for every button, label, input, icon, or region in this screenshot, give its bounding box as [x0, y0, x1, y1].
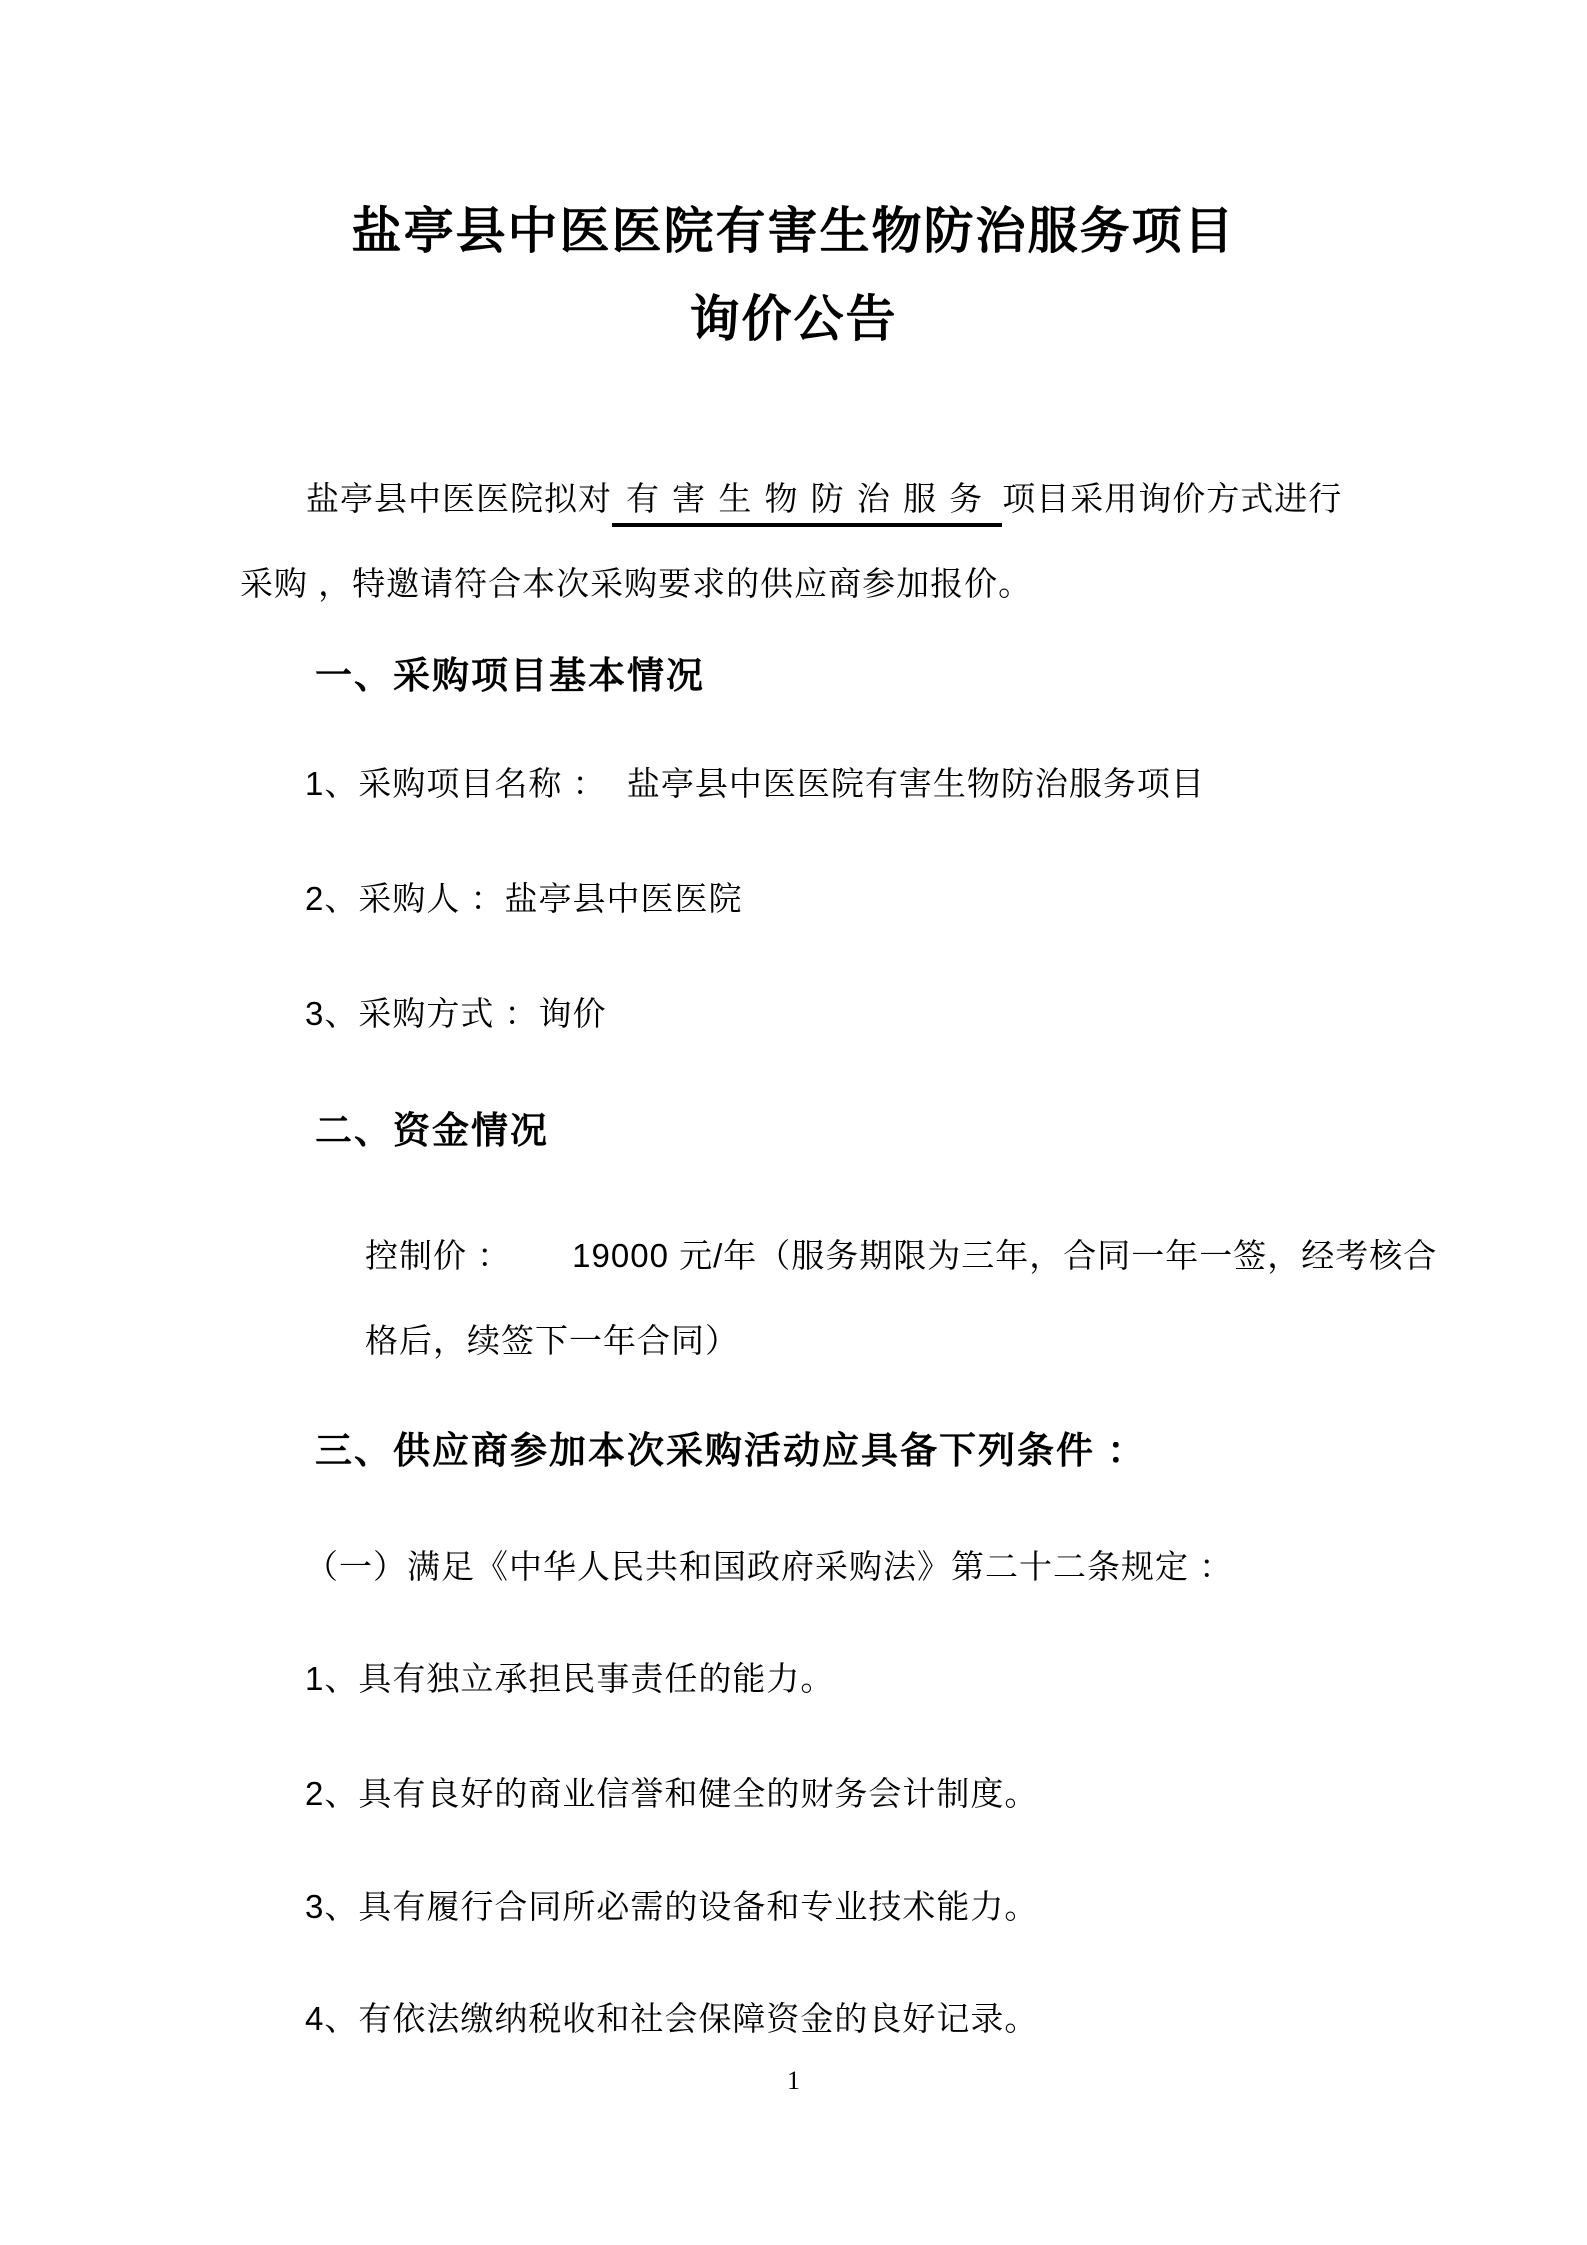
intro-underlined-blank: 有 害 生 物 防 治 服 务	[612, 480, 1002, 527]
section-1-item-method: 3、采购方式 ：询价	[305, 995, 607, 1033]
control-price-line-2: 格后，续签下一年合同）	[365, 1322, 739, 1360]
control-price-line-1: 控制价 ： 19000 元/年（服务期限为三年，合同一年一签，经考核合	[365, 1237, 1437, 1275]
section-3-heading: 三、供应商参加本次采购活动应具备下列条件 ：	[315, 1430, 1146, 1473]
intro-paragraph-line-1: 盐亭县中医医院拟对有 害 生 物 防 治 服 务项目采用询价方式进行	[306, 480, 1342, 518]
section-3-condition-4: 4、有依法缴纳税收和社会保障资金的良好记录。	[305, 2000, 1038, 2038]
section-1-heading: 一、采购项目基本情况	[315, 655, 705, 698]
section-1-item-project-name: 1、采购项目名称 ： 盐亭县中医医院有害生物防治服务项目	[305, 765, 1205, 803]
section-3-sub-heading: （一）满足《中华人民共和国政府采购法》第二十二条规定 ：	[305, 1548, 1233, 1586]
document-title-line-2: 询价公告	[0, 291, 1587, 349]
section-3-condition-2: 2、具有良好的商业信誉和健全的财务会计制度。	[305, 1775, 1038, 1813]
section-3-condition-1: 1、具有独立承担民事责任的能力。	[305, 1660, 834, 1698]
page-number: 1	[0, 2066, 1587, 2096]
intro-text-after-blank: 项目采用询价方式进行	[1002, 480, 1342, 517]
intro-paragraph-line-2: 采购 ，特邀请符合本次采购要求的供应商参加报价。	[240, 565, 1032, 603]
document-page: 盐亭县中医医院有害生物防治服务项目 询价公告 盐亭县中医医院拟对有 害 生 物 …	[0, 0, 1587, 2245]
intro-text-before-blank: 盐亭县中医医院拟对	[306, 480, 612, 517]
document-title-line-1: 盐亭县中医医院有害生物防治服务项目	[0, 203, 1587, 261]
section-3-condition-3: 3、具有履行合同所必需的设备和专业技术能力。	[305, 1888, 1038, 1926]
section-2-heading: 二、资金情况	[315, 1110, 549, 1153]
section-1-item-purchaser: 2、采购人 ：盐亭县中医医院	[305, 880, 743, 918]
